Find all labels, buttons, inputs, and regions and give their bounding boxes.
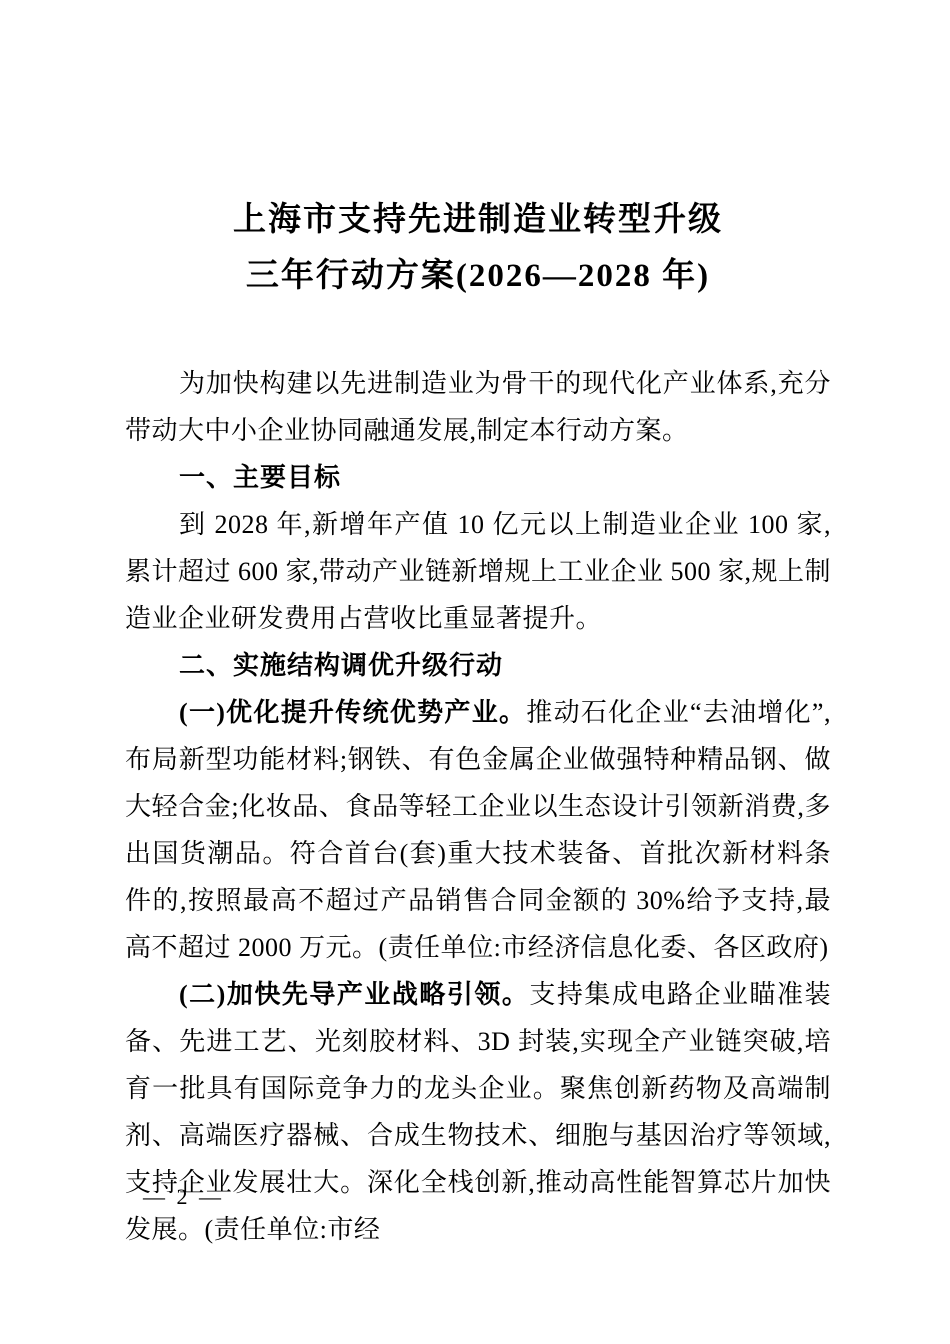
title-line-2: 三年行动方案(2026—2028 年) xyxy=(125,248,831,304)
paragraph-item-2-lead: (二)加快先导产业战略引领。 xyxy=(179,980,529,1009)
paragraph-item-2-text: 支持集成电路企业瞄准装备、先进工艺、光刻胶材料、3D 封装,实现全产业链突破,培… xyxy=(125,980,831,1244)
paragraph-item-1-text: 推动石化企业“去油增化”,布局新型功能材料;钢铁、有色金属企业做强特种精品钢、做… xyxy=(125,698,831,962)
paragraph-item-2: (二)加快先导产业战略引领。支持集成电路企业瞄准装备、先进工艺、光刻胶材料、3D… xyxy=(125,971,831,1253)
document-title: 上海市支持先进制造业转型升级 三年行动方案(2026—2028 年) xyxy=(125,192,831,304)
paragraph-goals: 到 2028 年,新增年产值 10 亿元以上制造业企业 100 家,累计超过 6… xyxy=(125,501,831,642)
document-content: 上海市支持先进制造业转型升级 三年行动方案(2026—2028 年) 为加快构建… xyxy=(125,192,831,1253)
section-heading-main-goals: 一、主要目标 xyxy=(125,454,831,501)
paragraph-item-1-lead: (一)优化提升传统优势产业。 xyxy=(179,698,526,727)
paragraph-item-1: (一)优化提升传统优势产业。推动石化企业“去油增化”,布局新型功能材料;钢铁、有… xyxy=(125,689,831,971)
document-body: 为加快构建以先进制造业为骨干的现代化产业体系,充分带动大中小企业协同融通发展,制… xyxy=(125,360,831,1253)
document-page: 上海市支持先进制造业转型升级 三年行动方案(2026—2028 年) 为加快构建… xyxy=(0,0,950,1344)
title-line-1: 上海市支持先进制造业转型升级 xyxy=(125,192,831,248)
section-heading-structural-actions: 二、实施结构调优升级行动 xyxy=(125,642,831,689)
page-number: — 2 — xyxy=(143,1184,224,1210)
paragraph-intro: 为加快构建以先进制造业为骨干的现代化产业体系,充分带动大中小企业协同融通发展,制… xyxy=(125,360,831,454)
